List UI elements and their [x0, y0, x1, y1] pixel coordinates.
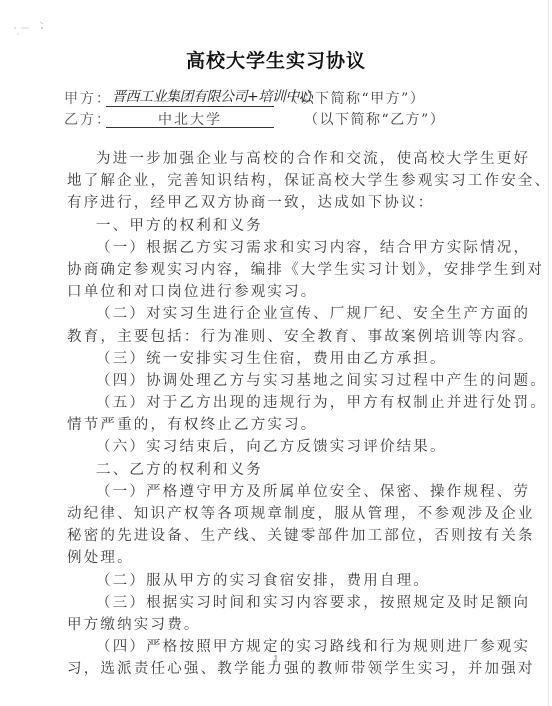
party-b-row: 乙方： 中北大学 （以下简称“乙方”） — [64, 109, 108, 129]
party-b-value: 中北大学 — [106, 109, 274, 129]
body-line: 动纪律、知识产权等各项规章制度，服从管理，不参观涉及企业 — [67, 503, 487, 525]
body-line: （一）根据乙方实习需求和实习内容，结合甲方实际情况， — [67, 237, 487, 259]
party-a-field: 晋西工业集团有限公司+培训中心 — [106, 88, 274, 107]
body-line: （六）实习结束后，向乙方反馈实习评价结果。 — [67, 436, 487, 458]
scan-artifact-marks — [12, 20, 48, 36]
scan-page-edge — [548, 0, 549, 706]
body-line: 情节严重的，有权终止乙方实习。 — [67, 414, 487, 436]
party-a-alias: （以下简称“甲方”） — [284, 88, 425, 108]
party-a-label: 甲方： — [64, 88, 108, 108]
body-line: （三）统一安排实习生住宿，费用由乙方承担。 — [67, 348, 487, 370]
body-line: （五）对于乙方出现的违规行为，甲方有权制止并进行处罚。 — [67, 392, 487, 414]
party-b-alias: （以下简称“乙方”） — [304, 109, 445, 129]
agreement-body: 为进一步加强企业与高校的合作和交流，使高校大学生更好 地了解企业，完善知识结构，… — [67, 148, 487, 681]
body-line: （二）服从甲方的实习食宿安排，费用自理。 — [67, 570, 487, 592]
body-line: （三）根据实习时间和实习内容要求，按照规定及时足额向 — [67, 592, 487, 614]
body-line: 地了解企业，完善知识结构，保证高校大学生参观实习工作安全、 — [67, 170, 487, 192]
section-heading-party-b: 二、乙方的权利和义务 — [67, 459, 487, 481]
body-line: 甲方缴纳实习费。 — [67, 614, 487, 636]
body-line: 例处理。 — [67, 547, 487, 569]
section-heading-party-a: 一、甲方的权利和义务 — [67, 215, 487, 237]
body-line: 秘密的先进设备、生产线、关键零部件加工部位，否则按有关条 — [67, 525, 487, 547]
party-a-handwritten-value: 晋西工业集团有限公司+培训中心 — [112, 86, 312, 106]
party-b-field: 中北大学 — [106, 109, 274, 128]
party-b-label: 乙方： — [64, 109, 108, 129]
body-line: 有序进行，经甲乙双方协商一致，达成如下协议： — [67, 192, 487, 214]
party-a-row: 甲方： 晋西工业集团有限公司+培训中心 （以下简称“甲方”） — [64, 88, 108, 108]
body-line: （二）对实习生进行企业宣传、厂规厂纪、安全生产方面的 — [67, 303, 487, 325]
body-line: 口单位和对口岗位进行参观实习。 — [67, 281, 487, 303]
page-number: 1 — [0, 655, 552, 665]
document-title: 高校大学生实习协议 — [0, 46, 552, 73]
body-line: （四）协调处理乙方与实习基地之间实习过程中产生的问题。 — [67, 370, 487, 392]
body-line: 协商确定参观实习内容，编排《大学生实习计划》，安排学生到对 — [67, 259, 487, 281]
body-line: 教育，主要包括：行为准则、安全教育、事故案例培训等内容。 — [67, 326, 487, 348]
body-line: （一）严格遵守甲方及所属单位安全、保密、操作规程、劳 — [67, 481, 487, 503]
body-line: 为进一步加强企业与高校的合作和交流，使高校大学生更好 — [67, 148, 487, 170]
